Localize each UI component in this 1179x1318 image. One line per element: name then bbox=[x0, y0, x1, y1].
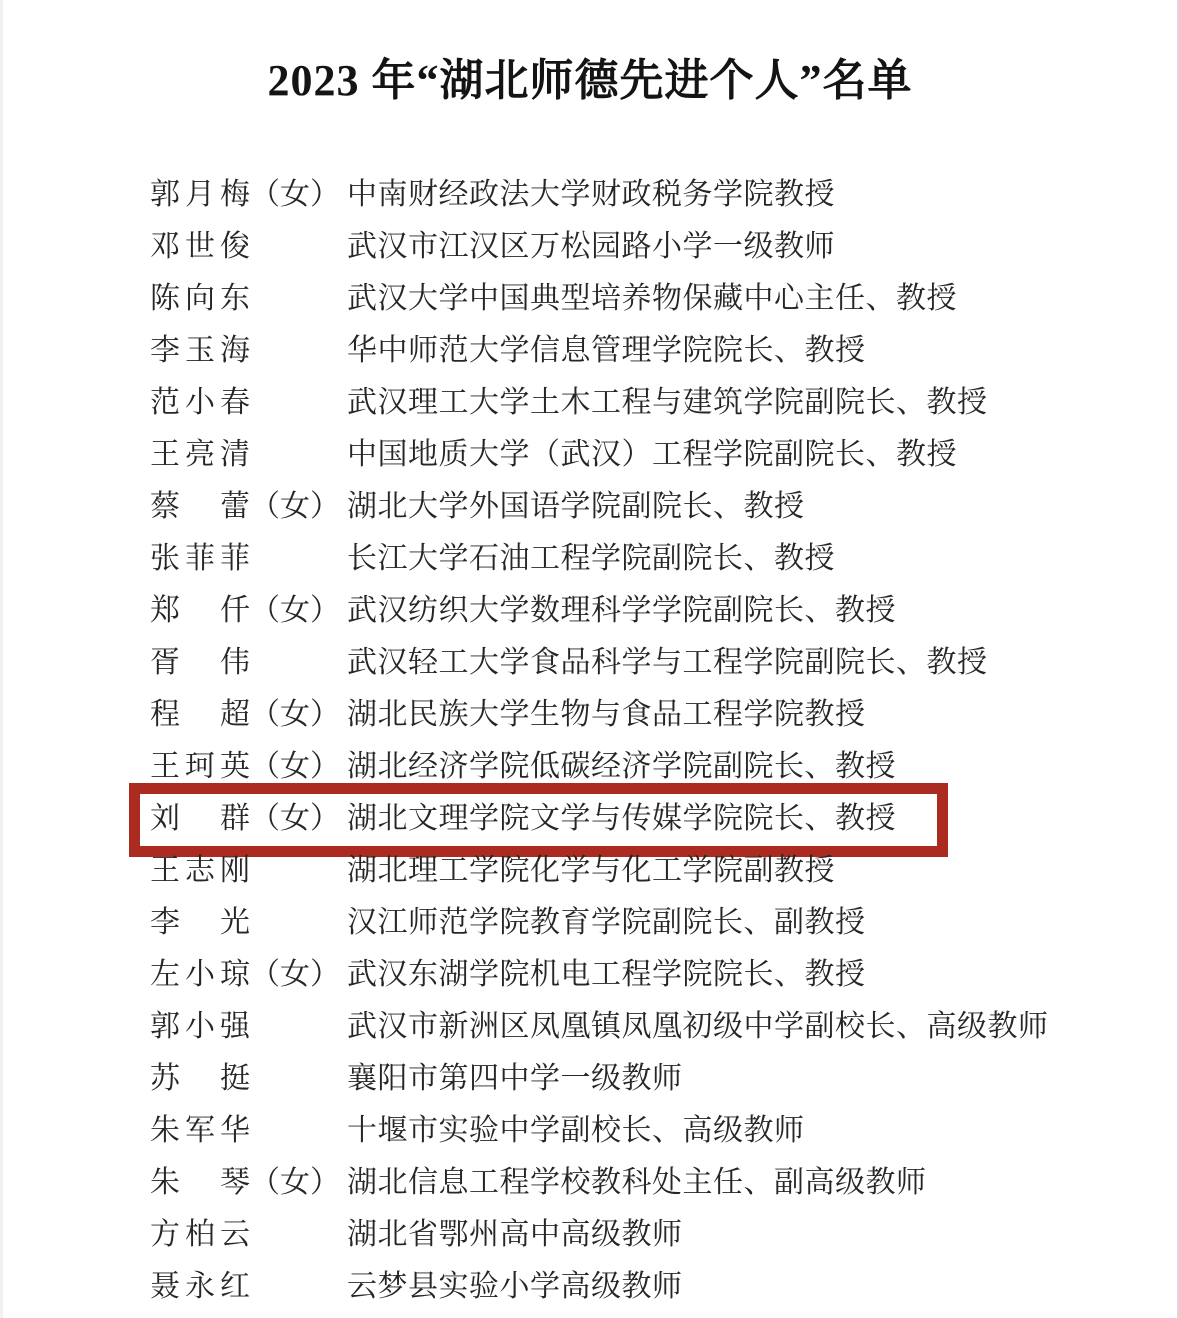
list-item: 范小春 武汉理工大学土木工程与建筑学院副院长、教授 bbox=[3, 377, 1177, 429]
awardee-name: 刘 群 bbox=[150, 804, 250, 834]
awardee-affiliation: 湖北民族大学生物与食品工程学院教授 bbox=[347, 700, 866, 730]
awardee-name: 蔡 蕾 bbox=[150, 492, 250, 522]
list-item: 蔡 蕾 （女） 湖北大学外国语学院副院长、教授 bbox=[3, 481, 1177, 533]
awardee-name: 郑 仟 bbox=[150, 596, 250, 626]
awardee-affiliation: 湖北理工学院化学与化工学院副教授 bbox=[347, 856, 835, 886]
awardee-name: 王志刚 bbox=[150, 856, 250, 886]
awardee-name: 陈向东 bbox=[150, 284, 250, 314]
awardee-affiliation: 武汉市新洲区凤凰镇凤凰初级中学副校长、高级教师 bbox=[347, 1012, 1049, 1042]
page-title: 2023 年“湖北师德先进个人”名单 bbox=[3, 0, 1177, 108]
list-item: 郭月梅 （女） 中南财经政法大学财政税务学院教授 bbox=[3, 169, 1177, 221]
awardee-affiliation: 湖北省鄂州高中高级教师 bbox=[347, 1220, 683, 1250]
gender-label: （女） bbox=[250, 700, 347, 730]
awardee-affiliation: 武汉轻工大学食品科学与工程学院副院长、教授 bbox=[347, 648, 988, 678]
awardee-affiliation: 湖北信息工程学校教科处主任、副高级教师 bbox=[347, 1168, 927, 1198]
awardee-affiliation: 中南财经政法大学财政税务学院教授 bbox=[347, 180, 835, 210]
awardee-name: 朱军华 bbox=[150, 1116, 250, 1146]
list-item: 李玉海 华中师范大学信息管理学院院长、教授 bbox=[3, 325, 1177, 377]
list-item: 聂永红 云梦县实验小学高级教师 bbox=[3, 1261, 1177, 1313]
awardee-name: 胥 伟 bbox=[150, 648, 250, 678]
awardee-name: 方柏云 bbox=[150, 1220, 250, 1250]
list-item: 胥 伟 武汉轻工大学食品科学与工程学院副院长、教授 bbox=[3, 637, 1177, 689]
awardee-name: 郭小强 bbox=[150, 1012, 250, 1042]
gender-label: （女） bbox=[250, 180, 347, 210]
awardee-name: 程 超 bbox=[150, 700, 250, 730]
list-item: 陈向东 武汉大学中国典型培养物保藏中心主任、教授 bbox=[3, 273, 1177, 325]
awardee-affiliation: 中国地质大学（武汉）工程学院副院长、教授 bbox=[347, 440, 957, 470]
list-item: 张菲菲 长江大学石油工程学院副院长、教授 bbox=[3, 533, 1177, 585]
list-item: 郭小强 武汉市新洲区凤凰镇凤凰初级中学副校长、高级教师 bbox=[3, 1001, 1177, 1053]
awardee-name: 朱 琴 bbox=[150, 1168, 250, 1198]
list-item: 王珂英 （女） 湖北经济学院低碳经济学院副院长、教授 bbox=[3, 741, 1177, 793]
awardee-affiliation: 华中师范大学信息管理学院院长、教授 bbox=[347, 336, 866, 366]
list-item: 方柏云 湖北省鄂州高中高级教师 bbox=[3, 1209, 1177, 1261]
awardee-affiliation: 湖北文理学院文学与传媒学院院长、教授 bbox=[347, 804, 896, 834]
awardee-affiliation: 武汉大学中国典型培养物保藏中心主任、教授 bbox=[347, 284, 957, 314]
awardee-affiliation: 武汉纺织大学数理科学学院副院长、教授 bbox=[347, 596, 896, 626]
awardee-list: 郭月梅 （女） 中南财经政法大学财政税务学院教授 邓世俊 武汉市江汉区万松园路小… bbox=[3, 169, 1177, 1313]
list-item: 左小琼 （女） 武汉东湖学院机电工程学院院长、教授 bbox=[3, 949, 1177, 1001]
awardee-affiliation: 襄阳市第四中学一级教师 bbox=[347, 1064, 683, 1094]
list-item: 邓世俊 武汉市江汉区万松园路小学一级教师 bbox=[3, 221, 1177, 273]
list-item: 朱军华 十堰市实验中学副校长、高级教师 bbox=[3, 1105, 1177, 1157]
awardee-affiliation: 云梦县实验小学高级教师 bbox=[347, 1272, 683, 1302]
awardee-affiliation: 武汉市江汉区万松园路小学一级教师 bbox=[347, 232, 835, 262]
gender-label: （女） bbox=[250, 1168, 347, 1198]
document-page: 2023 年“湖北师德先进个人”名单 郭月梅 （女） 中南财经政法大学财政税务学… bbox=[0, 0, 1179, 1318]
gender-label: （女） bbox=[250, 492, 347, 522]
awardee-name: 郭月梅 bbox=[150, 180, 250, 210]
awardee-name: 邓世俊 bbox=[150, 232, 250, 262]
awardee-name: 范小春 bbox=[150, 388, 250, 418]
gender-label: （女） bbox=[250, 596, 347, 626]
awardee-name: 左小琼 bbox=[150, 960, 250, 990]
gender-label: （女） bbox=[250, 804, 347, 834]
list-item: 朱 琴 （女） 湖北信息工程学校教科处主任、副高级教师 bbox=[3, 1157, 1177, 1209]
awardee-affiliation: 武汉东湖学院机电工程学院院长、教授 bbox=[347, 960, 866, 990]
list-item: 李 光 汉江师范学院教育学院副院长、副教授 bbox=[3, 897, 1177, 949]
awardee-name: 张菲菲 bbox=[150, 544, 250, 574]
awardee-affiliation: 湖北经济学院低碳经济学院副院长、教授 bbox=[347, 752, 896, 782]
awardee-affiliation: 十堰市实验中学副校长、高级教师 bbox=[347, 1116, 805, 1146]
awardee-affiliation: 湖北大学外国语学院副院长、教授 bbox=[347, 492, 805, 522]
awardee-name: 李玉海 bbox=[150, 336, 250, 366]
awardee-affiliation: 武汉理工大学土木工程与建筑学院副院长、教授 bbox=[347, 388, 988, 418]
awardee-affiliation: 汉江师范学院教育学院副院长、副教授 bbox=[347, 908, 866, 938]
gender-label: （女） bbox=[250, 752, 347, 782]
awardee-affiliation: 长江大学石油工程学院副院长、教授 bbox=[347, 544, 835, 574]
awardee-name: 王珂英 bbox=[150, 752, 250, 782]
list-item: 刘 群 （女） 湖北文理学院文学与传媒学院院长、教授 bbox=[3, 793, 1177, 845]
awardee-name: 聂永红 bbox=[150, 1272, 250, 1302]
awardee-name: 苏 挺 bbox=[150, 1064, 250, 1094]
awardee-name: 李 光 bbox=[150, 908, 250, 938]
list-item: 郑 仟 （女） 武汉纺织大学数理科学学院副院长、教授 bbox=[3, 585, 1177, 637]
list-item: 王亮清 中国地质大学（武汉）工程学院副院长、教授 bbox=[3, 429, 1177, 481]
awardee-name: 王亮清 bbox=[150, 440, 250, 470]
list-item: 程 超 （女） 湖北民族大学生物与食品工程学院教授 bbox=[3, 689, 1177, 741]
list-item: 王志刚 湖北理工学院化学与化工学院副教授 bbox=[3, 845, 1177, 897]
gender-label: （女） bbox=[250, 960, 347, 990]
list-item: 苏 挺 襄阳市第四中学一级教师 bbox=[3, 1053, 1177, 1105]
